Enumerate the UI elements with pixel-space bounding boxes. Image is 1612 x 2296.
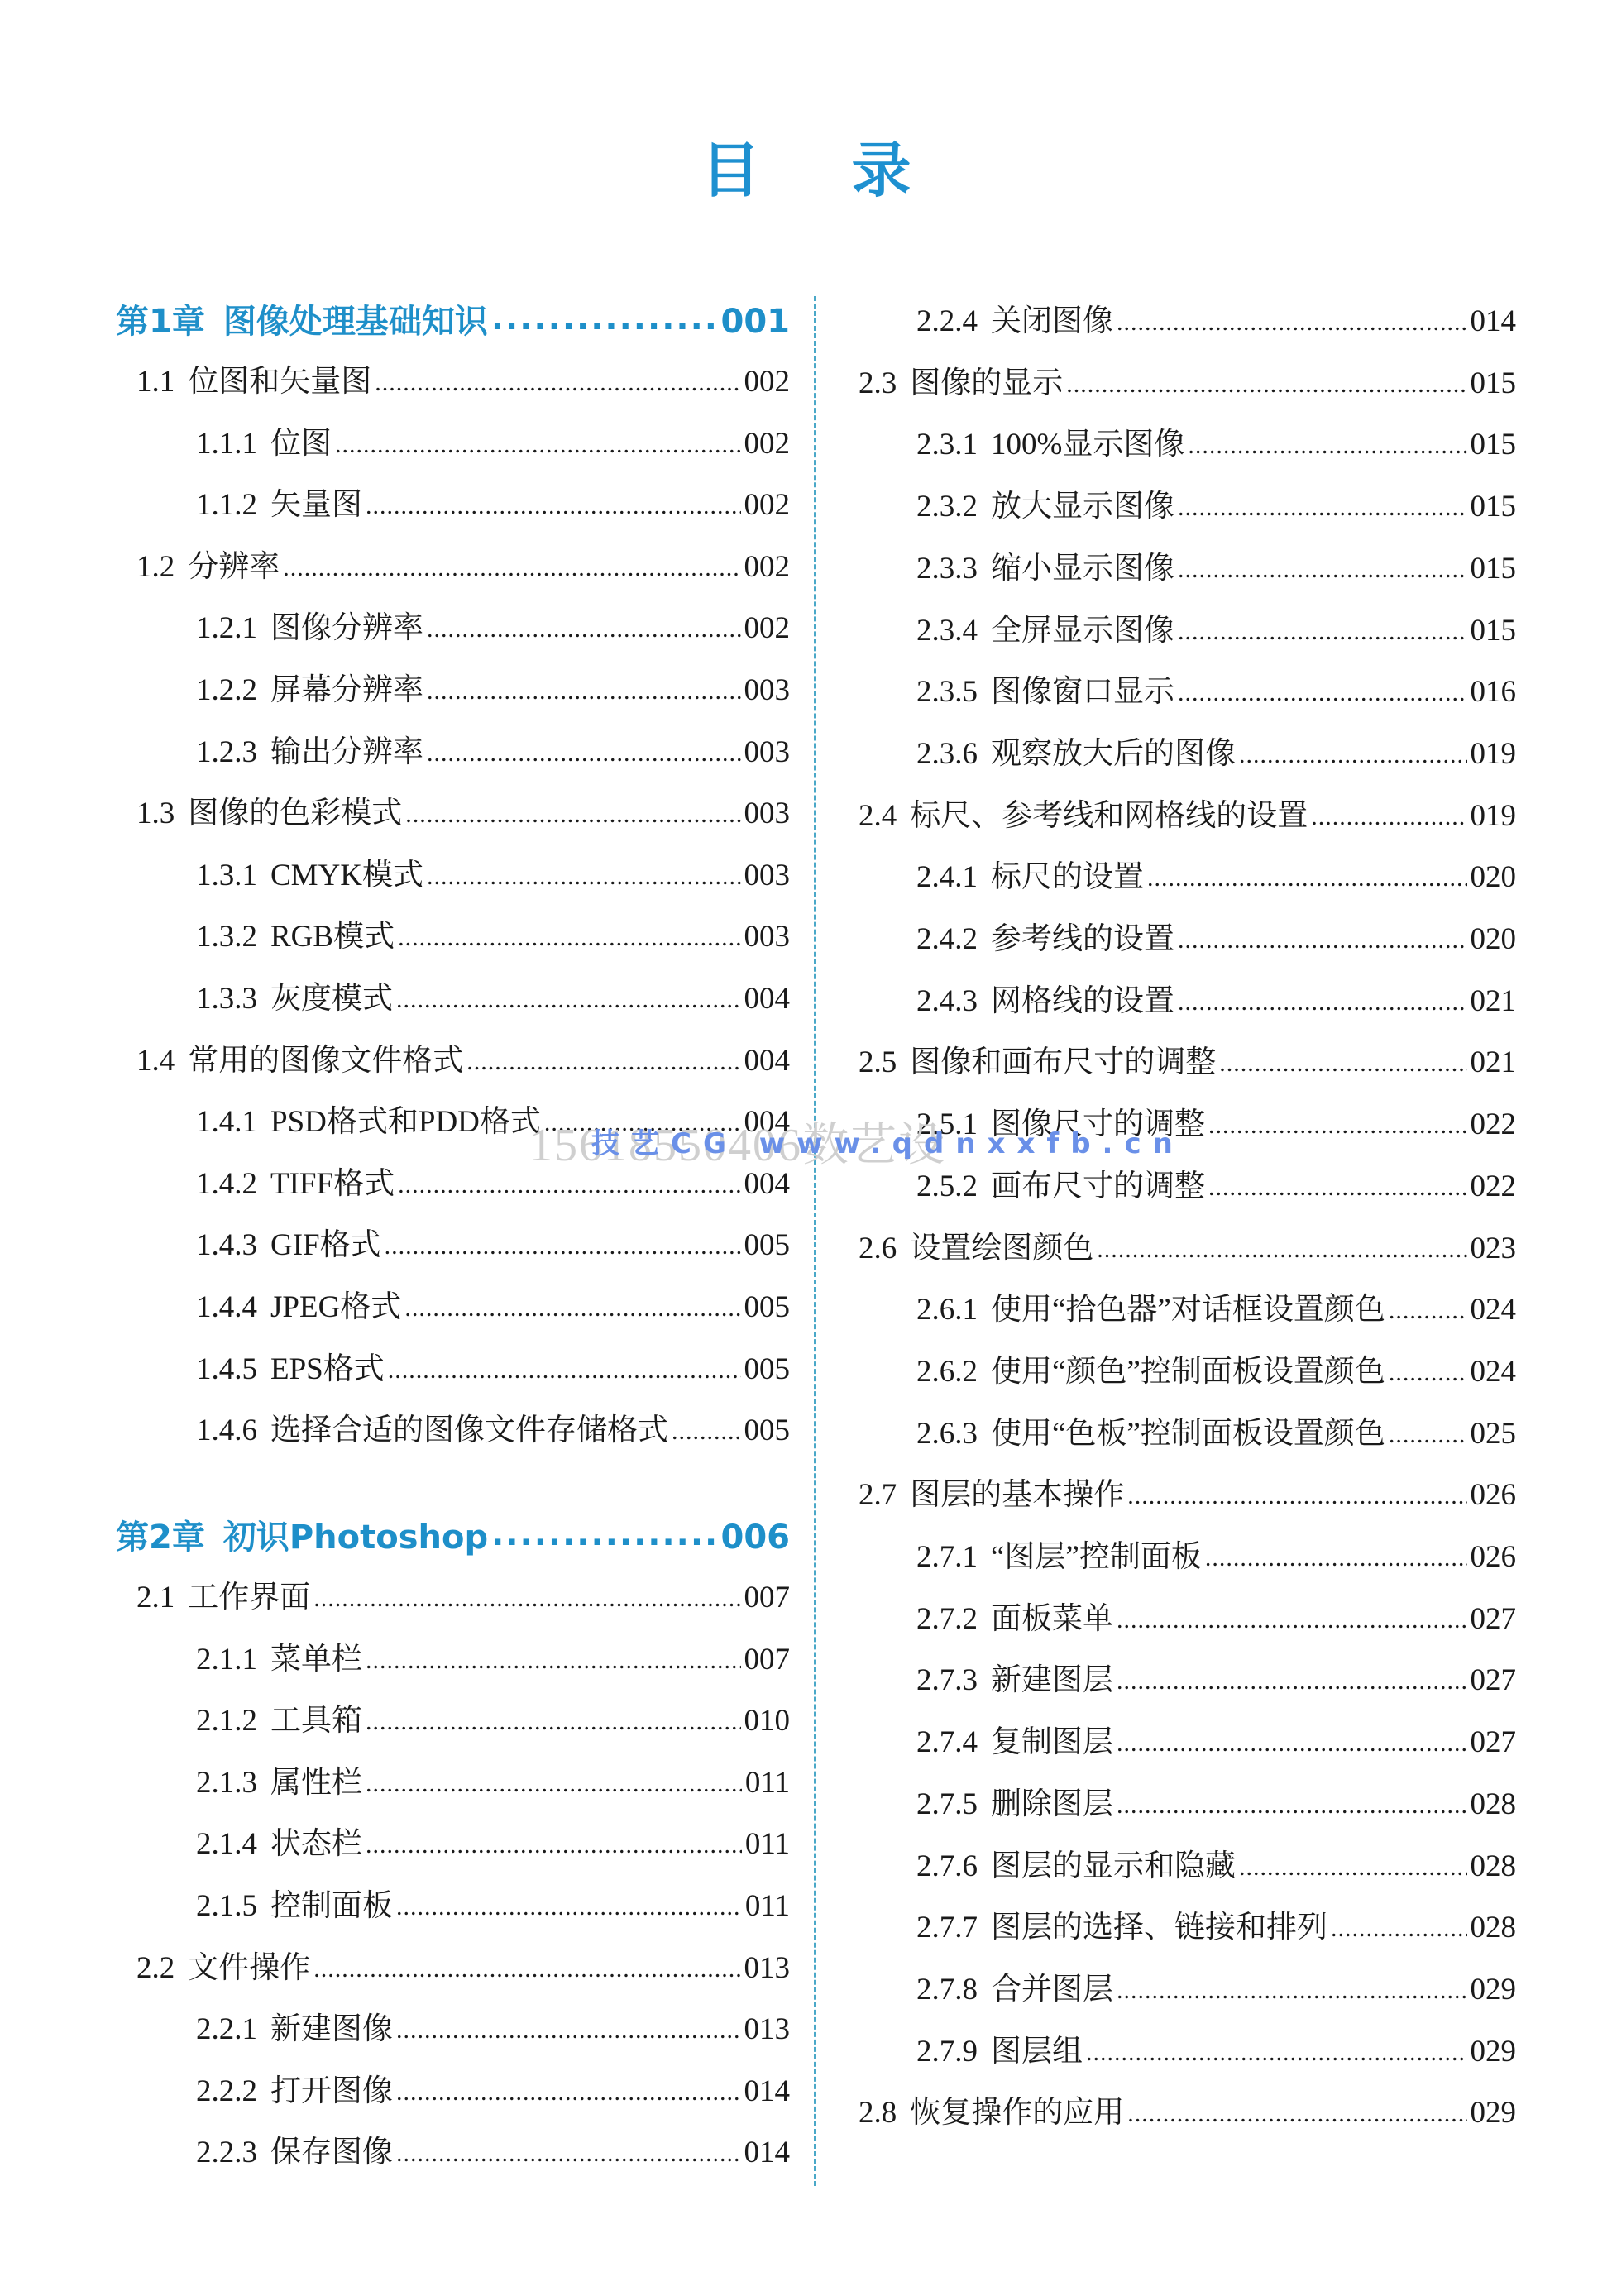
- toc-entry[interactable]: 2.7.7图层的选择、链接和排列028: [859, 1893, 1516, 1943]
- toc-entry-title: 图层组: [991, 2036, 1083, 2067]
- toc-page-number: 003: [744, 675, 791, 706]
- toc-entry-number: 1.3.1: [196, 860, 257, 891]
- toc-entry[interactable]: 2.3图像的显示015: [859, 349, 1516, 399]
- toc-leader-dots: [1205, 1546, 1467, 1571]
- toc-page-number: 013: [744, 2014, 791, 2045]
- toc-leader-dots: [1219, 1051, 1466, 1076]
- toc-entry[interactable]: 2.3.1100%显示图像015: [859, 410, 1516, 460]
- toc-leader-dots: [385, 1234, 741, 1259]
- toc-entry-title: 图层的显示和隐藏: [991, 1851, 1236, 1882]
- toc-entry-title: EPS格式: [270, 1354, 385, 1385]
- toc-page-number: 029: [1471, 2036, 1517, 2067]
- toc-entry-title: 网格线的设置: [991, 986, 1174, 1016]
- toc-entry[interactable]: 1.4.5EPS格式005: [116, 1335, 790, 1385]
- toc-leader-dots: [398, 1173, 740, 1198]
- toc-entry-title: 保存图像: [270, 2137, 393, 2168]
- toc-entry-title: RGB模式: [270, 921, 395, 952]
- toc-entry-title: 图像的色彩模式: [188, 798, 402, 829]
- toc-leader-dots: [491, 302, 718, 335]
- toc-entry-number: 2.7.1: [916, 1542, 978, 1572]
- toc-entry[interactable]: 2.7图层的基本操作026: [859, 1461, 1516, 1510]
- toc-entry-title: 删除图层: [991, 1789, 1113, 1820]
- toc-leader-dots: [313, 1957, 740, 1982]
- page-title: 目录: [0, 122, 1612, 208]
- toc-entry-number: 1.1: [136, 366, 175, 397]
- toc-leader-dots: [283, 556, 740, 581]
- toc-entry[interactable]: 1.4常用的图像文件格式004: [116, 1026, 790, 1076]
- toc-entry[interactable]: 1.2.2屏幕分辨率003: [116, 656, 790, 706]
- toc-entry-title: 工具箱: [270, 1705, 362, 1736]
- toc-page-number: 002: [744, 613, 791, 643]
- toc-entry-number: 2.8: [859, 2097, 897, 2128]
- toc-leader-dots: [427, 679, 741, 704]
- toc-entry-number: 2.1.4: [196, 1829, 257, 1859]
- toc-entry[interactable]: 2.7.8合并图层029: [859, 1955, 1516, 2005]
- toc-leader-dots: [1097, 1237, 1466, 1262]
- toc-entry-number: 第2章: [116, 1521, 205, 1554]
- toc-entry-number: 1.2.1: [196, 613, 257, 643]
- toc-entry-title: 矢量图: [270, 490, 362, 520]
- toc-leader-dots: [1389, 1423, 1467, 1447]
- toc-page-number: 028: [1471, 1912, 1517, 1943]
- toc-page-number: 029: [1471, 1974, 1517, 2005]
- toc-entry-title: 复制图层: [991, 1727, 1113, 1758]
- toc-entry[interactable]: 2.4标尺、参考线和网格线的设置019: [859, 782, 1516, 831]
- toc-entry-number: 1.4: [136, 1045, 175, 1076]
- toc-page-number: 002: [744, 490, 791, 520]
- toc-leader-dots: [1117, 1731, 1467, 1756]
- toc-page-number: 025: [1471, 1418, 1517, 1449]
- toc-leader-dots: [396, 2018, 741, 2043]
- toc-entry-number: 2.7.7: [916, 1912, 978, 1943]
- toc-leader-dots: [404, 1296, 740, 1321]
- toc-entry-number: 2.7.2: [916, 1604, 978, 1634]
- toc-entry-number: 2.3: [859, 368, 897, 399]
- toc-entry-title: CMYK模式: [270, 860, 423, 891]
- toc-entry-title: 灰度模式: [270, 983, 393, 1014]
- toc-leader-dots: [396, 1895, 742, 1920]
- toc-page-number: 027: [1471, 1727, 1517, 1758]
- toc-page-number: 003: [744, 798, 791, 829]
- toc-entry[interactable]: 2.3.3缩小显示图像015: [859, 534, 1516, 584]
- toc-entry-number: 1.4.5: [196, 1354, 257, 1385]
- toc-entry-title: 参考线的设置: [991, 924, 1174, 954]
- toc-page-number: 004: [744, 983, 791, 1014]
- toc-page-number: 003: [744, 921, 791, 952]
- toc-page-number: 015: [1471, 429, 1517, 460]
- toc-leader-dots: [1208, 1175, 1467, 1200]
- toc-leader-dots: [1239, 1855, 1467, 1880]
- toc-leader-dots: [1127, 1484, 1466, 1509]
- toc-entry-title: TIFF格式: [270, 1169, 395, 1199]
- toc-chapter-entry[interactable]: 第1章图像处理基础知识001: [116, 285, 790, 338]
- toc-entry-number: 2.1.3: [196, 1767, 257, 1798]
- toc-entry-title: 图像的显示: [910, 368, 1063, 399]
- toc-entry-number: 2.4: [859, 801, 897, 831]
- toc-leader-dots: [366, 494, 741, 519]
- toc-entry-number: 2.3.5: [916, 677, 978, 707]
- toc-entry-title: 图像窗口显示: [991, 677, 1174, 707]
- toc-page-number: 007: [744, 1582, 791, 1613]
- toc-entry-title: 新建图像: [270, 2014, 393, 2045]
- toc-page-number: 024: [1471, 1294, 1517, 1325]
- toc-entry-number: 2.7.5: [916, 1789, 978, 1820]
- toc-entry-title: 图层的基本操作: [910, 1480, 1124, 1510]
- toc-entry-number: 2.3.2: [916, 491, 978, 522]
- toc-entry[interactable]: 2.6.3使用“色板”控制面板设置颜色025: [859, 1399, 1516, 1449]
- toc-entry-number: 2.1.5: [196, 1891, 257, 1921]
- toc-leader-dots: [396, 2080, 741, 2105]
- toc-leader-dots: [335, 433, 741, 457]
- toc-entry[interactable]: 2.1.3属性栏011: [116, 1748, 790, 1798]
- toc-page-number: 014: [744, 2076, 791, 2107]
- toc-leader-dots: [1178, 990, 1467, 1015]
- toc-leader-dots: [1178, 928, 1467, 953]
- toc-entry-title: 工作界面: [188, 1582, 310, 1613]
- toc-entry[interactable]: 2.1.5控制面板011: [116, 1872, 790, 1921]
- toc-page-number: 010: [744, 1705, 791, 1736]
- toc-entry-title: 设置绘图颜色: [910, 1233, 1093, 1264]
- toc-page-number: 024: [1471, 1356, 1517, 1387]
- toc-leader-dots: [375, 371, 740, 395]
- toc-entry-title: 文件操作: [188, 1953, 310, 1983]
- toc-leader-dots: [1239, 743, 1467, 768]
- toc-entry[interactable]: 2.2.1新建图像013: [116, 1995, 790, 2045]
- toc-leader-dots: [405, 802, 740, 827]
- toc-leader-dots: [366, 1772, 742, 1796]
- toc-leader-dots: [1178, 495, 1467, 520]
- toc-entry-number: 2.7.8: [916, 1974, 978, 2005]
- toc-entry-number: 2.6.1: [916, 1294, 978, 1325]
- toc-entry-number: 1.3.2: [196, 921, 257, 952]
- toc-page-number: 027: [1471, 1665, 1517, 1696]
- toc-page-number: 003: [744, 737, 791, 768]
- toc-entry[interactable]: 2.4.3网格线的设置021: [859, 967, 1516, 1016]
- toc-leader-dots: [1178, 557, 1467, 582]
- toc-entry-number: 2.7: [859, 1480, 897, 1510]
- toc-entry[interactable]: 2.2文件操作013: [116, 1934, 790, 1983]
- toc-leader-dots: [366, 1710, 741, 1734]
- toc-entry-title: 选择合适的图像文件存储格式: [270, 1415, 668, 1446]
- toc-entry-title: 关闭图像: [991, 306, 1113, 337]
- toc-page-number: 011: [745, 1829, 790, 1859]
- toc-leader-dots: [491, 1518, 717, 1551]
- toc-entry-title: 初识Photoshop: [223, 1521, 488, 1554]
- toc-entry[interactable]: 2.1工作界面007: [116, 1563, 790, 1613]
- toc-entry-title: 全屏显示图像: [991, 615, 1174, 646]
- toc-entry[interactable]: 1.2.3输出分辨率003: [116, 718, 790, 768]
- toc-entry-number: 1.1.2: [196, 490, 257, 520]
- toc-entry-number: 2.6: [859, 1233, 897, 1264]
- toc-page-number: 021: [1471, 1047, 1517, 1078]
- toc-entry-title: 标尺的设置: [991, 862, 1144, 892]
- toc-leader-dots: [366, 1648, 741, 1673]
- toc-entry-number: 2.2.3: [196, 2137, 257, 2168]
- title-char-2: 录: [852, 122, 911, 208]
- toc-entry[interactable]: 1.4.3GIF格式005: [116, 1211, 790, 1260]
- toc-entry-title: 图像处理基础知识: [223, 305, 488, 338]
- toc-entry[interactable]: 2.3.6观察放大后的图像019: [859, 720, 1516, 769]
- toc-entry-title: 图像和画布尺寸的调整: [910, 1047, 1216, 1078]
- toc-entry-title: 画布尺寸的调整: [991, 1171, 1205, 1202]
- toc-entry-number: 2.7.3: [916, 1665, 978, 1696]
- toc-entry-number: 2.6.2: [916, 1356, 978, 1387]
- toc-page-number: 026: [1471, 1480, 1517, 1510]
- toc-page-number: 001: [721, 305, 791, 338]
- toc-entry-number: 2.4.2: [916, 924, 978, 954]
- toc-page-number: 027: [1471, 1604, 1517, 1634]
- toc-entry-title: 图像分辨率: [270, 613, 423, 643]
- toc-entry-number: 1.3.3: [196, 983, 257, 1014]
- toc-entry-title: 缩小显示图像: [991, 553, 1174, 584]
- toc-entry[interactable]: 1.1.1位图002: [116, 409, 790, 459]
- toc-entry[interactable]: 2.2.4关闭图像014: [859, 287, 1516, 337]
- toc-entry-title: 图层的选择、链接和排列: [991, 1912, 1327, 1943]
- toc-leader-dots: [396, 2141, 741, 2166]
- toc-entry-number: 2.5: [859, 1047, 897, 1078]
- toc-page-number: 016: [1471, 677, 1517, 707]
- toc-entry-number: 1.4.1: [196, 1107, 257, 1137]
- title-char-1: 目: [701, 122, 760, 208]
- toc-entry[interactable]: 1.3.2RGB模式003: [116, 902, 790, 952]
- toc-entry[interactable]: 2.6.2使用“颜色”控制面板设置颜色024: [859, 1337, 1516, 1387]
- toc-page-number: 002: [744, 428, 791, 459]
- toc-leader-dots: [1086, 2040, 1467, 2065]
- toc-entry-title: 位图: [270, 428, 332, 459]
- toc-entry-title: 分辨率: [188, 552, 280, 582]
- toc-page-number: 026: [1471, 1542, 1517, 1572]
- toc-entry[interactable]: 2.5图像和画布尺寸的调整021: [859, 1028, 1516, 1078]
- toc-page-number: 005: [744, 1230, 791, 1260]
- toc-entry-title: 标尺、参考线和网格线的设置: [910, 801, 1308, 831]
- column-divider: [814, 296, 816, 2186]
- toc-entry[interactable]: 2.1.1菜单栏007: [116, 1625, 790, 1675]
- toc-entry-title: GIF格式: [270, 1230, 381, 1260]
- toc-page-number: 015: [1471, 368, 1517, 399]
- toc-entry[interactable]: 2.4.2参考线的设置020: [859, 905, 1516, 954]
- toc-entry-number: 1.2.3: [196, 737, 257, 768]
- toc-entry-number: 2.5.2: [916, 1171, 978, 1202]
- toc-entry-number: 2.1.1: [196, 1644, 257, 1675]
- toc-entry-number: 1.4.3: [196, 1230, 257, 1260]
- toc-entry[interactable]: 2.6.1使用“拾色器”对话框设置颜色024: [859, 1275, 1516, 1325]
- toc-entry-number: 2.1.2: [196, 1705, 257, 1736]
- toc-entry-number: 2.3.6: [916, 739, 978, 769]
- toc-entry[interactable]: 1.1.2矢量图002: [116, 471, 790, 520]
- toc-page-number: 019: [1471, 739, 1517, 769]
- toc-entry-number: 2.4.1: [916, 862, 978, 892]
- toc-entry[interactable]: 2.3.4全屏显示图像015: [859, 596, 1516, 646]
- toc-leader-dots: [1117, 1608, 1467, 1633]
- toc-entry-title: 菜单栏: [270, 1644, 362, 1675]
- toc-leader-dots: [1389, 1299, 1467, 1323]
- toc-chapter-entry[interactable]: 第2章初识Photoshop006: [116, 1501, 790, 1554]
- toc-entry-title: 使用“色板”控制面板设置颜色: [991, 1418, 1385, 1449]
- toc-entry[interactable]: 2.4.1标尺的设置020: [859, 843, 1516, 892]
- toc-entry-title: 100%显示图像: [991, 429, 1184, 460]
- toc-entry[interactable]: 2.3.5图像窗口显示016: [859, 658, 1516, 707]
- toc-entry-title: 状态栏: [270, 1829, 362, 1859]
- toc-page-number: 014: [1471, 306, 1517, 337]
- toc-page-number: 006: [721, 1521, 791, 1554]
- toc-entry-title: JPEG格式: [270, 1292, 401, 1323]
- toc-entry-number: 1.4.2: [196, 1169, 257, 1199]
- toc-leader-dots: [396, 988, 741, 1012]
- toc-entry-number: 1.4.4: [196, 1292, 257, 1323]
- toc-entry-title: 使用“拾色器”对话框设置颜色: [991, 1294, 1385, 1325]
- toc-entry-number: 2.7.4: [916, 1727, 978, 1758]
- toc-entry[interactable]: 1.2分辨率002: [116, 533, 790, 582]
- toc-entry-title: 属性栏: [270, 1767, 362, 1798]
- toc-entry[interactable]: 1.4.6选择合适的图像文件存储格式005: [116, 1396, 790, 1446]
- toc-leader-dots: [1117, 1793, 1467, 1818]
- toc-entry-title: 打开图像: [270, 2076, 393, 2107]
- toc-entry[interactable]: 1.3图像的色彩模式003: [116, 779, 790, 829]
- toc-page-number: 019: [1471, 801, 1517, 831]
- toc-entry-number: 2.3.4: [916, 615, 978, 646]
- toc-entry[interactable]: 2.7.9图层组029: [859, 2017, 1516, 2067]
- toc-page-number: 004: [744, 1045, 791, 1076]
- toc-entry-number: 2.3.3: [916, 553, 978, 584]
- toc-leader-dots: [1147, 866, 1467, 891]
- toc-leader-dots: [1178, 619, 1467, 644]
- toc-entry-title: 使用“颜色”控制面板设置颜色: [991, 1356, 1385, 1387]
- toc-entry-title: 控制面板: [270, 1891, 393, 1921]
- toc-page-number: 023: [1471, 1233, 1517, 1264]
- toc-entry-title: 恢复操作的应用: [910, 2097, 1124, 2128]
- toc-page-number: 011: [745, 1891, 790, 1921]
- toc-entry-title: 放大显示图像: [991, 491, 1174, 522]
- toc-entry-number: 第1章: [116, 305, 205, 338]
- toc-entry[interactable]: 1.4.4JPEG格式005: [116, 1273, 790, 1323]
- toc-leader-dots: [398, 926, 740, 950]
- toc-leader-dots: [366, 1833, 742, 1858]
- toc-entry-title: PSD格式和PDD格式: [270, 1107, 541, 1137]
- toc-leader-dots: [672, 1419, 741, 1444]
- toc-entry-number: 1.2: [136, 552, 175, 582]
- toc-entry-number: 2.7.9: [916, 2036, 978, 2067]
- toc-leader-dots: [313, 1586, 740, 1611]
- toc-page-number: 005: [744, 1292, 791, 1323]
- toc-entry[interactable]: 2.8恢复操作的应用029: [859, 2078, 1516, 2128]
- toc-leader-dots: [1117, 310, 1467, 335]
- toc-entry[interactable]: 2.2.2打开图像014: [116, 2057, 790, 2107]
- toc-entry[interactable]: 2.7.5删除图层028: [859, 1770, 1516, 1820]
- toc-entry[interactable]: 2.6设置绘图颜色023: [859, 1214, 1516, 1264]
- toc-entry-number: 1.2.2: [196, 675, 257, 706]
- toc-page-number: 007: [744, 1644, 791, 1675]
- toc-leader-dots: [1117, 1669, 1467, 1694]
- toc-entry[interactable]: 2.7.3新建图层027: [859, 1646, 1516, 1696]
- toc-entry-title: 观察放大后的图像: [991, 739, 1236, 769]
- toc-leader-dots: [1127, 2102, 1466, 2126]
- toc-entry-number: 2.7.6: [916, 1851, 978, 1882]
- watermark-front: 技艺CG www.qdnxxfb.cn: [591, 1121, 1184, 1161]
- toc-entry-number: 2.1: [136, 1582, 175, 1613]
- toc-entry-title: 屏幕分辨率: [270, 675, 423, 706]
- toc-entry-title: “图层”控制面板: [991, 1542, 1202, 1572]
- toc-leader-dots: [427, 864, 740, 889]
- toc-leader-dots: [466, 1050, 740, 1074]
- toc-entry-title: 合并图层: [991, 1974, 1113, 2005]
- toc-entry[interactable]: 2.7.6图层的显示和隐藏028: [859, 1832, 1516, 1882]
- toc-page-number: 003: [744, 860, 791, 891]
- toc-page-number: 015: [1471, 553, 1517, 584]
- toc-entry[interactable]: 2.1.4状态栏011: [116, 1810, 790, 1859]
- toc-entry-number: 2.2: [136, 1953, 175, 1983]
- toc-entry-number: 2.4.3: [916, 986, 978, 1016]
- toc-entry[interactable]: 2.7.1“图层”控制面板026: [859, 1523, 1516, 1572]
- toc-entry-number: 2.6.3: [916, 1418, 978, 1449]
- toc-page-number: 022: [1471, 1171, 1517, 1202]
- toc-leader-dots: [1066, 372, 1466, 397]
- toc-page-number: 015: [1471, 615, 1517, 646]
- toc-leader-dots: [427, 617, 741, 642]
- toc-entry-number: 2.3.1: [916, 429, 978, 460]
- toc-entry-number: 2.2.2: [196, 2076, 257, 2107]
- toc-page-number: 029: [1471, 2097, 1517, 2128]
- toc-page-number: 028: [1471, 1789, 1517, 1820]
- toc-page-number: 011: [745, 1767, 790, 1798]
- toc-leader-dots: [388, 1358, 741, 1383]
- toc-page-number: 002: [744, 366, 791, 397]
- toc-entry-title: 面板菜单: [991, 1604, 1113, 1634]
- toc-entry[interactable]: 2.7.2面板菜单027: [859, 1585, 1516, 1634]
- toc-entry-number: 1.3: [136, 798, 175, 829]
- toc-entry[interactable]: 1.3.3灰度模式004: [116, 964, 790, 1014]
- toc-entry-number: 2.2.4: [916, 306, 978, 337]
- toc-entry[interactable]: 2.3.2放大显示图像015: [859, 472, 1516, 522]
- toc-entry[interactable]: 2.7.4复制图层027: [859, 1708, 1516, 1758]
- toc-page-number: 020: [1471, 862, 1517, 892]
- toc-page-number: 021: [1471, 986, 1517, 1016]
- toc-leader-dots: [427, 741, 741, 766]
- toc-page-number: 020: [1471, 924, 1517, 954]
- toc-entry[interactable]: 1.1位图和矢量图002: [116, 347, 790, 397]
- toc-leader-dots: [1389, 1361, 1467, 1385]
- toc-leader-dots: [1178, 681, 1467, 706]
- toc-page-number: 028: [1471, 1851, 1517, 1882]
- toc-entry[interactable]: 1.3.1CMYK模式003: [116, 841, 790, 891]
- toc-leader-dots: [1188, 433, 1466, 458]
- toc-page-number: 022: [1471, 1109, 1517, 1140]
- toc-entry-number: 1.1.1: [196, 428, 257, 459]
- toc-page-number: 002: [744, 552, 791, 582]
- toc-entry-title: 新建图层: [991, 1665, 1113, 1696]
- toc-page-number: 005: [744, 1354, 791, 1385]
- toc-leader-dots: [1331, 1916, 1467, 1941]
- toc-entry[interactable]: 1.2.1图像分辨率002: [116, 594, 790, 643]
- toc-page-number: 015: [1471, 491, 1517, 522]
- toc-leader-dots: [1117, 1978, 1467, 2003]
- toc-entry-number: 1.4.6: [196, 1415, 257, 1446]
- toc-entry-number: 2.2.1: [196, 2014, 257, 2045]
- toc-page-number: 014: [744, 2137, 791, 2168]
- toc-entry-title: 常用的图像文件格式: [188, 1045, 463, 1076]
- toc-page-number: 005: [744, 1415, 791, 1446]
- toc-leader-dots: [1311, 805, 1466, 830]
- toc-entry-title: 位图和矢量图: [188, 366, 371, 397]
- toc-entry[interactable]: 2.1.2工具箱010: [116, 1686, 790, 1736]
- toc-leader-dots: [1208, 1113, 1467, 1138]
- toc-page-number: 013: [744, 1953, 791, 1983]
- toc-entry[interactable]: 2.2.3保存图像014: [116, 2118, 790, 2168]
- toc-entry-title: 输出分辨率: [270, 737, 423, 768]
